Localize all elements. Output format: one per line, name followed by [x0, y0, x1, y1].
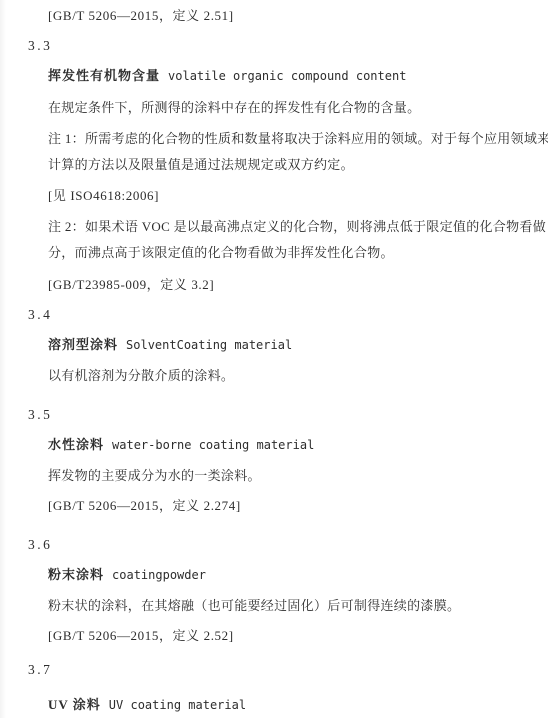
term-zh: 水性涂料: [48, 437, 104, 452]
ref-gbt-23985-def-3-2: [GB/T23985-009，定义 3.2]: [48, 277, 214, 293]
ref-gbt-5206-def-2-274: [GB/T 5206—2015，定义 2.274]: [48, 498, 241, 514]
term-zh: 粉末涂料: [48, 567, 104, 582]
definition-solvent-coating: 以有机溶剂为分散介质的涂料。: [48, 368, 234, 384]
term-zh: 挥发性有机物含量: [48, 68, 160, 83]
ref-gbt-5206-def-2-51: [GB/T 5206—2015，定义 2.51]: [48, 8, 234, 24]
section-number-3-7: 3.7: [28, 662, 52, 678]
section-number-3-6: 3.6: [28, 537, 52, 553]
term-heading-voc-content: 挥发性有机物含量volatile organic compound conten…: [48, 68, 406, 84]
term-en: SolventCoating material: [126, 338, 292, 352]
note-2-line-1: 注 2：如果术语 VOC 是以最高沸点定义的化合物，则将沸点低于限定值的化合物看…: [48, 219, 548, 235]
definition-waterborne-coating: 挥发物的主要成分为水的一类涂料。: [48, 468, 261, 484]
term-heading-uv-coating: UV 涂料UV coating material: [48, 697, 246, 713]
term-zh: 溶剂型涂料: [48, 337, 118, 352]
ref-iso-4618: [见 ISO4618:2006]: [48, 188, 159, 204]
term-heading-waterborne-coating: 水性涂料water-borne coating material: [48, 437, 314, 453]
definition-voc-content: 在规定条件下，所测得的涂料中存在的挥发性有化合物的含量。: [48, 100, 420, 116]
note-1-line-2: 计算的方法以及限量值是通过法规规定或双方约定。: [48, 157, 354, 173]
term-heading-coating-powder: 粉末涂料coatingpowder: [48, 567, 206, 583]
ref-gbt-5206-def-2-52: [GB/T 5206—2015，定义 2.52]: [48, 628, 234, 644]
term-en: UV coating material: [109, 698, 246, 712]
term-en: water-borne coating material: [112, 438, 314, 452]
definition-coating-powder: 粉末状的涂料，在其熔融（也可能要经过固化）后可制得连续的漆膜。: [48, 598, 460, 614]
term-zh: UV 涂料: [48, 697, 101, 712]
section-number-3-5: 3.5: [28, 407, 52, 423]
section-number-3-3: 3.3: [28, 38, 52, 54]
note-2-line-2: 分，而沸点高于该限定值的化合物看做为非挥发性化合物。: [48, 245, 394, 261]
note-1-line-1: 注 1：所需考虑的化合物的性质和数量将取决于涂料应用的领域。对于每个应用领域来说…: [48, 131, 548, 147]
term-heading-solvent-coating: 溶剂型涂料SolventCoating material: [48, 337, 292, 353]
section-number-3-4: 3.4: [28, 307, 52, 323]
term-en: coatingpowder: [112, 568, 206, 582]
term-en: volatile organic compound content: [168, 69, 406, 83]
document-page: [GB/T 5206—2015，定义 2.51] 3.3 挥发性有机物含量vol…: [0, 0, 548, 718]
